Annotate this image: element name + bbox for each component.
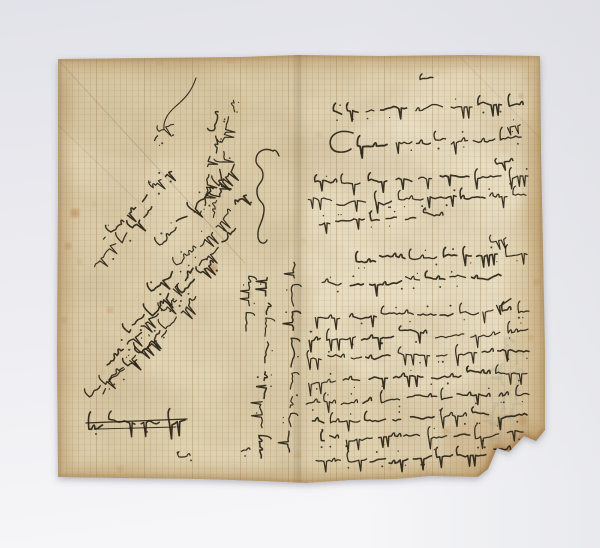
diacritic-dot [180, 271, 182, 273]
foxing-stain [316, 132, 322, 138]
diacritic-dot [399, 406, 401, 408]
diacritic-dot [109, 388, 110, 389]
diacritic-dot [394, 211, 396, 213]
diacritic-dot [285, 311, 287, 313]
diacritic-dot [161, 142, 163, 144]
foxing-stain [117, 466, 123, 472]
diacritic-dot [435, 264, 437, 266]
diacritic-dot [244, 455, 246, 457]
diacritic-dot [113, 383, 115, 385]
diacritic-dot [336, 119, 338, 121]
diacritic-dot [123, 379, 125, 381]
diacritic-dot [256, 412, 258, 414]
diacritic-dot [180, 251, 182, 253]
diacritic-dot [516, 260, 517, 261]
manuscript-photo-canvas [0, 0, 600, 548]
diacritic-dot [199, 191, 201, 193]
diacritic-dot [476, 422, 478, 424]
diacritic-dot [188, 293, 190, 295]
diacritic-dot [361, 152, 363, 154]
diacritic-dot [350, 413, 351, 414]
diacritic-dot [159, 293, 161, 295]
diacritic-dot [129, 240, 131, 242]
diacritic-dot [520, 322, 521, 323]
diacritic-dot [463, 146, 464, 147]
diacritic-dot [388, 207, 389, 208]
foxing-stain [61, 317, 67, 323]
diacritic-dot [438, 361, 440, 363]
diacritic-dot [158, 172, 160, 174]
diacritic-dot [434, 449, 436, 451]
diacritic-dot [475, 402, 477, 404]
diacritic-dot [398, 411, 400, 413]
diacritic-dot [329, 446, 331, 448]
diacritic-dot [508, 128, 510, 130]
diacritic-dot [140, 329, 142, 331]
diacritic-dot [271, 374, 272, 375]
diacritic-dot [457, 286, 458, 287]
diacritic-dot [345, 445, 347, 447]
diacritic-dot [410, 370, 411, 371]
diacritic-dot [179, 305, 181, 307]
diacritic-dot [389, 117, 390, 118]
diacritic-dot [446, 204, 448, 206]
diacritic-dot [518, 380, 520, 382]
diacritic-dot [309, 366, 311, 368]
diacritic-dot [108, 225, 109, 226]
diacritic-dot [452, 248, 454, 250]
diacritic-dot [223, 121, 225, 123]
diacritic-dot [376, 451, 378, 453]
diacritic-dot [187, 277, 189, 279]
diacritic-dot [243, 284, 244, 285]
diacritic-dot [380, 342, 382, 344]
diacritic-dot [257, 376, 259, 378]
foxing-stain [534, 279, 540, 285]
diacritic-dot [409, 321, 410, 322]
foxing-stain [528, 335, 533, 340]
diacritic-dot [354, 387, 355, 388]
diacritic-dot [437, 148, 439, 150]
diacritic-dot [419, 362, 421, 364]
diacritic-dot [254, 303, 255, 304]
diacritic-dot [425, 250, 426, 251]
paper-sheet [37, 46, 565, 493]
diacritic-dot [326, 176, 327, 177]
paper-surface [37, 46, 565, 493]
diacritic-dot [442, 361, 444, 363]
diacritic-dot [439, 409, 441, 411]
diacritic-dot [389, 206, 391, 208]
diacritic-dot [462, 131, 464, 133]
diacritic-dot [517, 143, 519, 145]
diacritic-dot [95, 433, 97, 435]
diacritic-dot [455, 98, 456, 99]
diacritic-dot [128, 349, 130, 351]
diacritic-dot [260, 283, 262, 285]
diacritic-dot [159, 303, 161, 305]
diacritic-dot [453, 189, 455, 191]
diacritic-dot [449, 305, 451, 307]
foxing-stain [300, 238, 306, 244]
diacritic-dot [401, 288, 403, 290]
diacritic-dot [126, 357, 127, 358]
diacritic-dot [439, 286, 441, 288]
diacritic-dot [368, 212, 370, 214]
diacritic-dot [190, 459, 192, 461]
diacritic-dot [364, 267, 365, 268]
diacritic-dot [203, 209, 204, 210]
diacritic-dot [361, 322, 363, 324]
foxing-stain [84, 339, 88, 343]
diacritic-dot [497, 425, 498, 426]
diacritic-dot [208, 205, 210, 207]
diacritic-dot [417, 273, 418, 274]
diacritic-dot [297, 356, 299, 358]
diacritic-dot [482, 440, 484, 442]
diacritic-dot [352, 118, 354, 120]
diacritic-dot [328, 351, 330, 353]
diacritic-dot [283, 417, 284, 418]
diacritic-dot [413, 287, 415, 289]
diacritic-dot [224, 118, 226, 120]
diacritic-dot [367, 118, 369, 120]
diacritic-dot [427, 305, 429, 307]
diacritic-dot [499, 111, 501, 113]
diacritic-dot [496, 261, 497, 262]
diacritic-dot [346, 104, 348, 106]
diacritic-dot [434, 428, 435, 429]
diacritic-dot [382, 386, 383, 387]
diacritic-dot [163, 337, 165, 339]
diacritic-dot [188, 265, 190, 267]
diacritic-dot [149, 182, 150, 183]
diacritic-dot [405, 465, 406, 466]
diacritic-dot [339, 104, 341, 106]
diacritic-dot [518, 439, 520, 441]
diacritic-dot [421, 205, 423, 207]
diacritic-dot [160, 232, 162, 234]
diacritic-dot [381, 465, 383, 467]
diacritic-dot [404, 206, 405, 207]
diacritic-dot [484, 446, 486, 448]
diacritic-dot [518, 317, 520, 319]
diacritic-dot [464, 423, 466, 425]
diacritic-dot [411, 149, 413, 151]
diacritic-dot [509, 183, 511, 185]
diacritic-dot [482, 111, 484, 113]
foxing-stain [71, 209, 80, 218]
diacritic-dot [238, 102, 239, 103]
diacritic-dot [167, 411, 169, 413]
diacritic-dot [154, 330, 156, 332]
diacritic-dot [513, 119, 514, 120]
diacritic-dot [321, 446, 323, 448]
diacritic-dot [327, 394, 328, 395]
diacritic-dot [512, 131, 513, 132]
diacritic-dot [337, 291, 339, 293]
diacritic-dot [296, 394, 298, 396]
diacritic-dot [206, 258, 208, 260]
diacritic-dot [128, 355, 129, 356]
diacritic-dot [311, 331, 313, 333]
diacritic-dot [201, 231, 202, 232]
diacritic-dot [451, 271, 453, 273]
diacritic-dot [425, 209, 427, 211]
foxing-stain [295, 452, 301, 458]
diacritic-dot [310, 395, 312, 397]
foxing-stain [100, 370, 104, 374]
diacritic-dot [383, 444, 384, 445]
diacritic-dot [121, 339, 123, 341]
diacritic-dot [503, 401, 505, 403]
foxing-stain [107, 307, 113, 313]
diacritic-dot [358, 267, 359, 268]
diacritic-dot [466, 367, 468, 369]
diacritic-dot [229, 157, 231, 159]
diacritic-dot [447, 382, 449, 384]
diacritic-dot [312, 409, 314, 411]
diacritic-dot [283, 422, 284, 423]
diacritic-dot [112, 258, 114, 260]
diacritic-dot [220, 141, 222, 143]
diacritic-dot [430, 383, 432, 385]
foxing-stain [157, 59, 163, 65]
diacritic-dot [522, 401, 523, 402]
diacritic-dot [172, 135, 173, 136]
diacritic-dot [415, 341, 417, 343]
diacritic-dot [395, 307, 397, 309]
diacritic-dot [195, 257, 196, 258]
diacritic-dot [522, 317, 523, 318]
diacritic-dot [170, 180, 172, 182]
diacritic-dot [140, 344, 141, 345]
diacritic-dot [470, 262, 471, 263]
diacritic-dot [381, 392, 382, 393]
diacritic-dot [389, 225, 390, 226]
diacritic-dot [423, 464, 425, 466]
diacritic-dot [526, 358, 528, 360]
diacritic-dot [145, 431, 147, 433]
diacritic-dot [488, 388, 490, 390]
diacritic-dot [220, 138, 222, 140]
diacritic-dot [316, 388, 318, 390]
diacritic-dot [464, 319, 465, 320]
diacritic-dot [526, 168, 528, 170]
foxing-stain [92, 202, 96, 206]
diacritic-dot [352, 275, 354, 277]
diacritic-dot [371, 226, 372, 227]
foxing-stain [387, 465, 392, 470]
diacritic-dot [170, 222, 171, 223]
diacritic-dot [500, 402, 501, 403]
diacritic-dot [488, 188, 490, 190]
foxing-stain [458, 93, 462, 97]
diacritic-dot [149, 335, 150, 336]
diacritic-dot [169, 310, 171, 312]
foxing-stain [65, 243, 71, 249]
foxing-stain [435, 71, 439, 75]
diacritic-dot [286, 289, 287, 290]
diacritic-dot [330, 373, 332, 375]
diacritic-dot [180, 300, 182, 302]
foxing-stain [503, 148, 508, 153]
manuscript-photo: Aged folded bifolium of squared paper wi… [0, 0, 600, 548]
diacritic-dot [490, 246, 492, 248]
diacritic-dot [350, 393, 352, 395]
diacritic-dot [509, 337, 510, 338]
diacritic-dot [270, 386, 272, 388]
diacritic-dot [158, 193, 160, 195]
diacritic-dot [141, 337, 142, 338]
foxing-stain [78, 260, 83, 265]
diacritic-dot [507, 358, 509, 360]
diacritic-dot [338, 214, 339, 215]
diacritic-dot [340, 214, 341, 215]
diacritic-dot [348, 467, 350, 469]
diacritic-dot [216, 270, 218, 272]
foxing-stain [349, 57, 354, 62]
diacritic-dot [177, 452, 179, 454]
diacritic-dot [504, 246, 506, 248]
foxing-stain [519, 94, 524, 99]
diacritic-dot [150, 281, 152, 283]
diacritic-dot [223, 229, 225, 231]
diacritic-dot [351, 343, 353, 345]
foxing-stain [518, 415, 528, 425]
diacritic-dot [323, 215, 325, 217]
diacritic-dot [330, 277, 331, 278]
diacritic-dot [298, 312, 299, 313]
diacritic-dot [271, 350, 272, 351]
diacritic-dot [420, 464, 421, 465]
diacritic-dot [477, 447, 479, 449]
diacritic-dot [397, 450, 398, 451]
diacritic-dot [250, 201, 252, 203]
diacritic-dot [159, 145, 160, 146]
diacritic-dot [516, 421, 518, 423]
diacritic-dot [236, 111, 238, 113]
diacritic-dot [479, 423, 481, 425]
